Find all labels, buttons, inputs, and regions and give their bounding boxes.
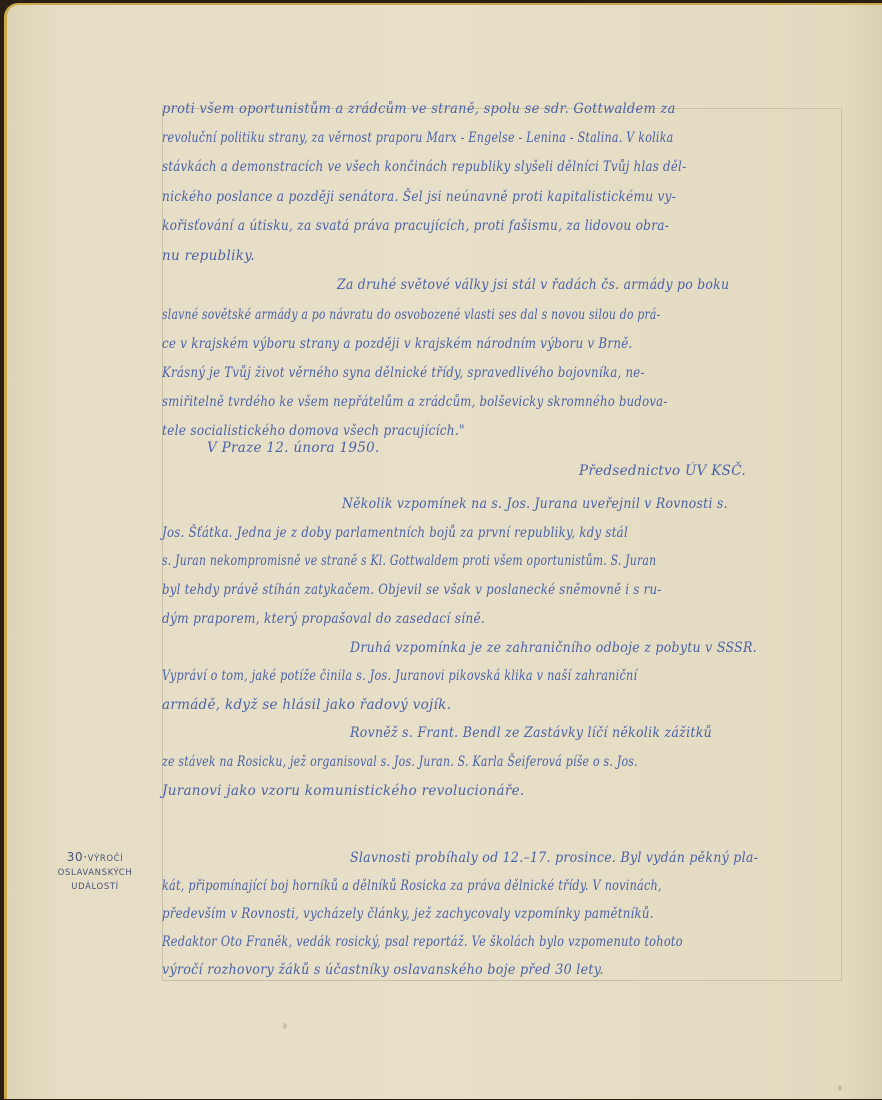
text-line: armádě, když se hlásil jako řadový vojík…: [162, 697, 451, 713]
text-line: výročí rozhovory žáků s účastníky oslava…: [162, 962, 604, 978]
margin-note-line2: UDÁLOSTÍ: [35, 880, 155, 894]
text-line: kořisťování a útisku, za svatá práva pra…: [162, 218, 669, 234]
text-line: nického poslance a později senátora. Šel…: [162, 189, 676, 205]
text-line: smiřitelně tvrdého ke všem nepřátelům a …: [162, 394, 668, 410]
text-line: slavné sovětské armády a po návratu do o…: [162, 307, 660, 323]
date-line: V Praze 12. února 1950.: [207, 440, 380, 456]
text-line: byl tehdy právě stíhán zatykačem. Objevi…: [162, 582, 662, 598]
chronicle-page: proti všem oportunistům a zrádcům ve str…: [4, 3, 882, 1099]
text-line: proti všem oportunistům a zrádcům ve str…: [162, 101, 676, 117]
text-line: nu republiky.: [162, 248, 255, 264]
text-line: kát, připomínající boj horníků a dělníků…: [162, 878, 662, 894]
signature-line: Předsednictvo ÚV KSČ.: [579, 463, 746, 479]
text-line: ce v krajském výboru strany a později v …: [162, 336, 633, 352]
text-line: Druhá vzpomínka je ze zahraničního odboj…: [350, 640, 757, 656]
text-line: především v Rovnosti, vycházely články, …: [162, 906, 654, 922]
text-line: ze stávek na Rosicku, jež organisoval s.…: [162, 754, 638, 770]
text-line: Za druhé světové války jsi stál v řadách…: [337, 277, 729, 293]
text-line: Několik vzpomínek na s. Jos. Jurana uveř…: [342, 496, 728, 512]
text-line: Krásný je Tvůj život věrného syna dělnic…: [162, 365, 645, 381]
text-line: Rovněž s. Frant. Bendl ze Zastávky líčí …: [350, 725, 712, 741]
margin-note-number: 30·: [67, 850, 88, 864]
text-line: s. Juran nekompromisně ve straně s Kl. G…: [162, 553, 656, 569]
text-line: Vypráví o tom, jaké potíže činila s. Jos…: [162, 668, 637, 684]
text-line: Slavnosti probíhaly od 12.–17. prosince.…: [350, 850, 758, 866]
text-line: stávkách a demonstracích ve všech končin…: [162, 159, 686, 175]
text-line: revoluční politiku strany, za věrnost pr…: [162, 130, 674, 146]
text-line: tele socialistického domova všech pracuj…: [162, 423, 465, 439]
paper-mark: [283, 1023, 287, 1029]
text-line: dým praporem, který propašoval do zaseda…: [162, 611, 485, 627]
text-line: Redaktor Oto Franěk, vedák rosický, psal…: [162, 934, 683, 950]
text-line: Jos. Šťátka. Jedna je z doby parlamentní…: [162, 525, 628, 541]
paper-mark: [838, 1085, 842, 1091]
text-line: Juranovi jako vzoru komunistického revol…: [162, 783, 525, 799]
margin-note: 30·VÝROČÍ OSLAVANSKÝCH UDÁLOSTÍ: [35, 850, 155, 894]
